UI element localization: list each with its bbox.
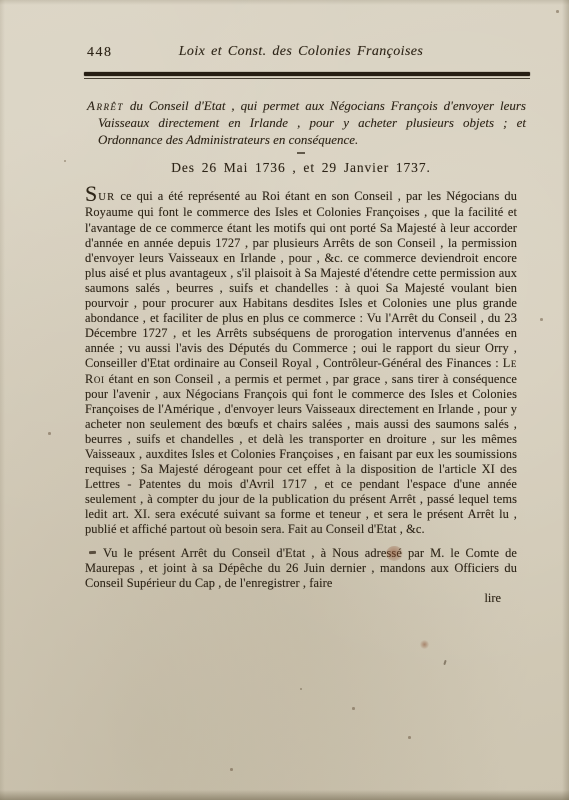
paper-speck <box>64 160 66 162</box>
paper-speck <box>540 318 543 321</box>
heading-lead-word: Arrêt <box>87 98 124 113</box>
paper-speck <box>230 768 233 771</box>
separator-mark <box>297 152 305 154</box>
heading-text: du Conseil d'Etat , qui permet aux Négoc… <box>98 98 526 147</box>
page-header: 448 Loix et Const. des Colonies François… <box>85 44 517 64</box>
paper-speck <box>408 736 411 739</box>
running-title: Loix et Const. des Colonies Françoises <box>85 44 517 60</box>
paper-speck <box>352 707 355 710</box>
scanned-page: 448 Loix et Const. des Colonies François… <box>0 0 569 800</box>
paper-speck <box>300 688 302 690</box>
paragraph-text-a: ce qui a été représenté au Roi étant en … <box>85 189 517 370</box>
main-paragraph: Sur ce qui a été représenté au Roi étant… <box>85 189 517 537</box>
paper-speck <box>48 432 51 435</box>
page-edge-left <box>0 0 5 800</box>
lead-letters: ur <box>98 192 115 203</box>
paper-speck <box>556 10 559 13</box>
page-number: 448 <box>87 45 113 61</box>
foxing-stain <box>420 640 429 649</box>
header-rule-thick <box>84 72 530 76</box>
page-edge-right <box>562 0 569 800</box>
initial-letter: S <box>85 181 98 206</box>
document-heading: Arrêt du Conseil d'Etat , qui permet aux… <box>87 98 526 148</box>
ink-mark <box>443 660 446 665</box>
header-rule-thin <box>84 78 530 79</box>
catchword: lire <box>85 591 517 606</box>
date-line: Des 26 Mai 1736 , et 29 Janvier 1737. <box>85 160 517 176</box>
text-column: 448 Loix et Const. des Colonies François… <box>85 44 517 606</box>
page-edge-top <box>0 0 569 5</box>
closing-paragraph: Vu le présent Arrêt du Conseil d'Etat , … <box>85 546 517 591</box>
header-rule <box>84 72 530 79</box>
paragraph-text-b: étant en son Conseil , a permis et perme… <box>85 372 517 537</box>
page-edge-bottom <box>0 790 569 800</box>
